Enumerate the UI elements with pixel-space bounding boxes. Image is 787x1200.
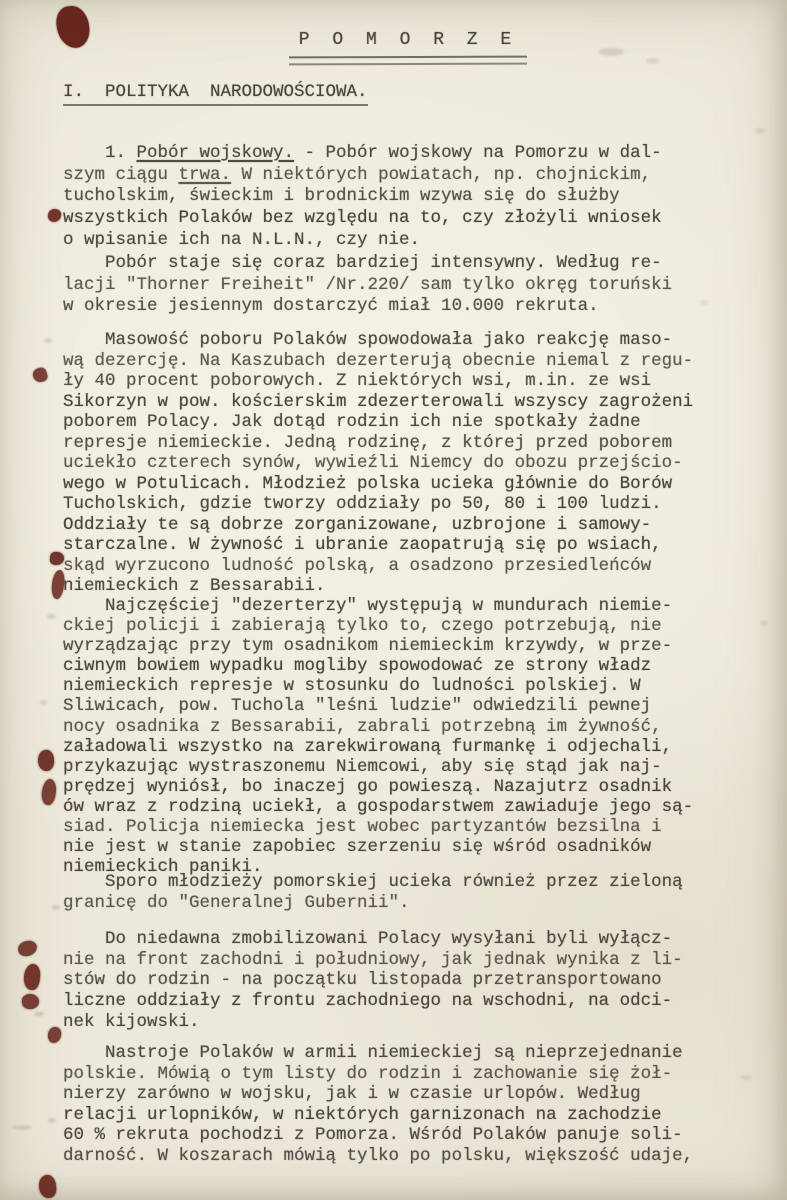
paragraph: 1. Pobór wojskowy. - Pobór wojskowy na P… xyxy=(63,143,773,252)
typed-line: Sliwicach, pow. Tuchola "leśni ludzie" o… xyxy=(63,696,773,716)
pencil-smudge xyxy=(646,58,660,64)
typed-line: niemieckich z Bessarabii. xyxy=(63,576,773,597)
pencil-smudge xyxy=(40,700,47,705)
typed-line: starczalne. W żywność i ubranie zaopatru… xyxy=(63,535,773,556)
red-ink-mark xyxy=(47,1026,62,1044)
typed-line: w okresie jesiennym dostarczyć miał 10.0… xyxy=(63,296,773,318)
typed-line: szym ciągu trwa. W niektórych powiatach,… xyxy=(63,165,773,187)
typed-line: tucholskim, świeckim i brodnickim wzywa … xyxy=(63,186,773,208)
pencil-smudge xyxy=(52,905,60,910)
red-ink-mark xyxy=(17,939,38,957)
typed-line: skąd wyrzucono ludność polską, a osadzon… xyxy=(63,556,773,577)
document-page: P O M O R Z E I. POLITYKA NARODOWOŚCIOWA… xyxy=(0,0,787,1200)
typed-line: wą dezercję. Na Kaszubach dezerterują ob… xyxy=(63,351,773,372)
section-heading: I. POLITYKA NARODOWOŚCIOWA. xyxy=(63,82,368,106)
typed-line: 1. Pobór wojskowy. - Pobór wojskowy na P… xyxy=(63,143,773,165)
pencil-smudge xyxy=(598,48,624,56)
typed-line: niemieckich represje w stosunku do ludno… xyxy=(63,676,773,696)
red-ink-mark xyxy=(23,963,42,991)
typed-line: o wpisanie ich na N.L.N., czy nie. xyxy=(63,230,773,252)
pencil-smudge xyxy=(740,1075,752,1080)
pencil-smudge xyxy=(44,338,52,343)
paragraph: Najczęściej "dezerterzy" występują w mun… xyxy=(63,596,773,877)
typed-line: prędzej wyniósł, bo inaczej go powieszą.… xyxy=(63,777,773,797)
underlined-phrase: Pobór wojskowy. xyxy=(137,143,295,163)
typed-line: represje niemieckie. Jedną rodzinę, z kt… xyxy=(63,433,773,454)
red-ink-mark xyxy=(47,208,62,223)
typed-line: ckiej policji i zabierają tylko to, czeg… xyxy=(63,616,773,636)
pencil-smudge xyxy=(700,300,709,305)
red-ink-mark xyxy=(21,993,39,1009)
typed-line: poborem Polacy. Jak dotąd rodzin ich nie… xyxy=(63,412,773,433)
typed-line: ów wraz z rodziną uciekł, a gospodarstwe… xyxy=(63,797,773,817)
typed-line: stów do rodzin - na początku listopada p… xyxy=(63,970,773,991)
typed-line: nek kijowski. xyxy=(63,1012,773,1033)
typed-line: Tucholskich, gdzie tworzy oddziały po 50… xyxy=(63,494,773,515)
typed-line: Sporo młodzieży pomorskiej ucieka równie… xyxy=(63,872,773,893)
pencil-smudge xyxy=(12,1125,32,1130)
paragraph: Pobór staje się coraz bardziej intensywn… xyxy=(63,253,773,318)
paragraph: Nastroje Polaków w armii niemieckiej są … xyxy=(63,1043,773,1166)
typed-line: 60 % rekruta pochodzi z Pomorza. Wśród P… xyxy=(63,1125,773,1146)
typed-line: nie na front zachodni i południowy, jak … xyxy=(63,950,773,971)
red-ink-mark xyxy=(39,778,58,806)
typed-line: ciwnym bowiem wypadku mogliby spowodować… xyxy=(63,656,773,676)
red-ink-mark xyxy=(31,366,48,383)
typed-line: uciekło czterech synów, wywieźli Niemcy … xyxy=(63,453,773,474)
pencil-smudge xyxy=(48,1118,56,1123)
paragraph: Masowość poboru Polaków spowodowała jako… xyxy=(63,330,773,597)
typed-line: Masowość poboru Polaków spowodowała jako… xyxy=(63,330,773,351)
typed-line: nocy osadnika z Bessarabii, zabrali potr… xyxy=(63,717,773,737)
typed-line: relacji urlopników, w niektórych garnizo… xyxy=(63,1105,773,1126)
typed-line: liczne oddziały z frontu zachodniego na … xyxy=(63,991,773,1012)
typed-line: przykazując wystraszonemu Niemcowi, aby … xyxy=(63,757,773,777)
pencil-smudge xyxy=(34,1012,44,1016)
typed-line: siad. Policja niemiecka jest wobec party… xyxy=(63,817,773,837)
page-title: P O M O R Z E xyxy=(63,30,753,50)
underlined-phrase: trwa. xyxy=(179,165,232,185)
pencil-smudge xyxy=(760,620,768,626)
typed-line: lacji "Thorner Freiheit" /Nr.220/ sam ty… xyxy=(63,275,773,297)
typed-line: nierzy zarówno w wojsku, jak i w czasie … xyxy=(63,1084,773,1105)
typed-line: Sikorzyn w pow. kościerskim zdezerterowa… xyxy=(63,392,773,413)
typed-line: Nastroje Polaków w armii niemieckiej są … xyxy=(63,1043,773,1064)
typed-line: Do niedawna zmobilizowani Polacy wysyłan… xyxy=(63,929,773,950)
typed-line: Pobór staje się coraz bardziej intensywn… xyxy=(63,253,773,275)
typed-line: wyrządzając przy tym osadnikom niemiecki… xyxy=(63,636,773,656)
typed-line: polskie. Mówią o tym listy do rodzin i z… xyxy=(63,1064,773,1085)
typed-line: granicę do "Generalnej Gubernii". xyxy=(63,893,773,914)
paragraph: Do niedawna zmobilizowani Polacy wysyłan… xyxy=(63,929,773,1033)
typed-line: wego w Potulicach. Młodzież polska uciek… xyxy=(63,474,773,495)
typed-line: wszystkich Polaków bez względu na to, cz… xyxy=(63,208,773,230)
red-ink-mark xyxy=(37,749,55,772)
typed-line: nie jest w stanie zapobiec szerzeniu się… xyxy=(63,837,773,857)
title-underline-rule xyxy=(289,56,527,66)
typed-line: Oddziały te są dobrze zorganizowane, uzb… xyxy=(63,515,773,536)
paragraph: Sporo młodzieży pomorskiej ucieka równie… xyxy=(63,872,773,914)
pencil-smudge xyxy=(755,128,765,134)
typed-line: ły 40 procent poborowych. Z niektórych w… xyxy=(63,371,773,392)
pencil-smudge xyxy=(47,614,56,619)
red-ink-mark xyxy=(38,1174,58,1199)
typed-line: załadowali wszystko na zarekwirowaną fur… xyxy=(63,737,773,757)
typed-line: darność. W koszarach mówią tylko po pols… xyxy=(63,1146,773,1167)
typed-line: Najczęściej "dezerterzy" występują w mun… xyxy=(63,596,773,616)
